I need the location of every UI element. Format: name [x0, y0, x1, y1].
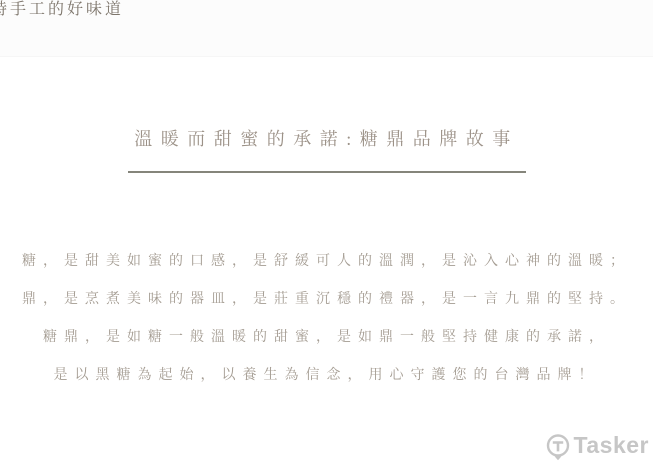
brand-story-title: 溫暖而甜蜜的承諾:糖鼎品牌故事	[0, 125, 653, 151]
paragraph-line: 糖，是甜美如蜜的口感，是舒緩可人的溫潤，是沁入心神的溫暖；	[0, 243, 653, 281]
brand-tagline: 持手工的好味道	[0, 0, 124, 19]
tasker-watermark: Tasker	[545, 433, 649, 461]
paragraph-line: 糖鼎，是如糖一般溫暖的甜蜜，是如鼎一般堅持健康的承諾，	[0, 319, 653, 357]
title-divider	[128, 171, 526, 173]
paragraph-line: 是以黑糖為起始，以養生為信念，用心守護您的台灣品牌！	[0, 357, 653, 395]
brand-story-paragraph: 糖，是甜美如蜜的口感，是舒緩可人的溫潤，是沁入心神的溫暖； 鼎，是烹煮美味的器皿…	[0, 243, 653, 395]
paragraph-line: 鼎，是烹煮美味的器皿，是莊重沉穩的禮器，是一言九鼎的堅持。	[0, 281, 653, 319]
previous-section-edge: 持手工的好味道	[0, 0, 653, 57]
brand-story-section: 溫暖而甜蜜的承諾:糖鼎品牌故事 糖，是甜美如蜜的口感，是舒緩可人的溫潤，是沁入心…	[0, 58, 653, 465]
tasker-watermark-label: Tasker	[574, 434, 649, 460]
tasker-logo-icon	[545, 433, 571, 461]
